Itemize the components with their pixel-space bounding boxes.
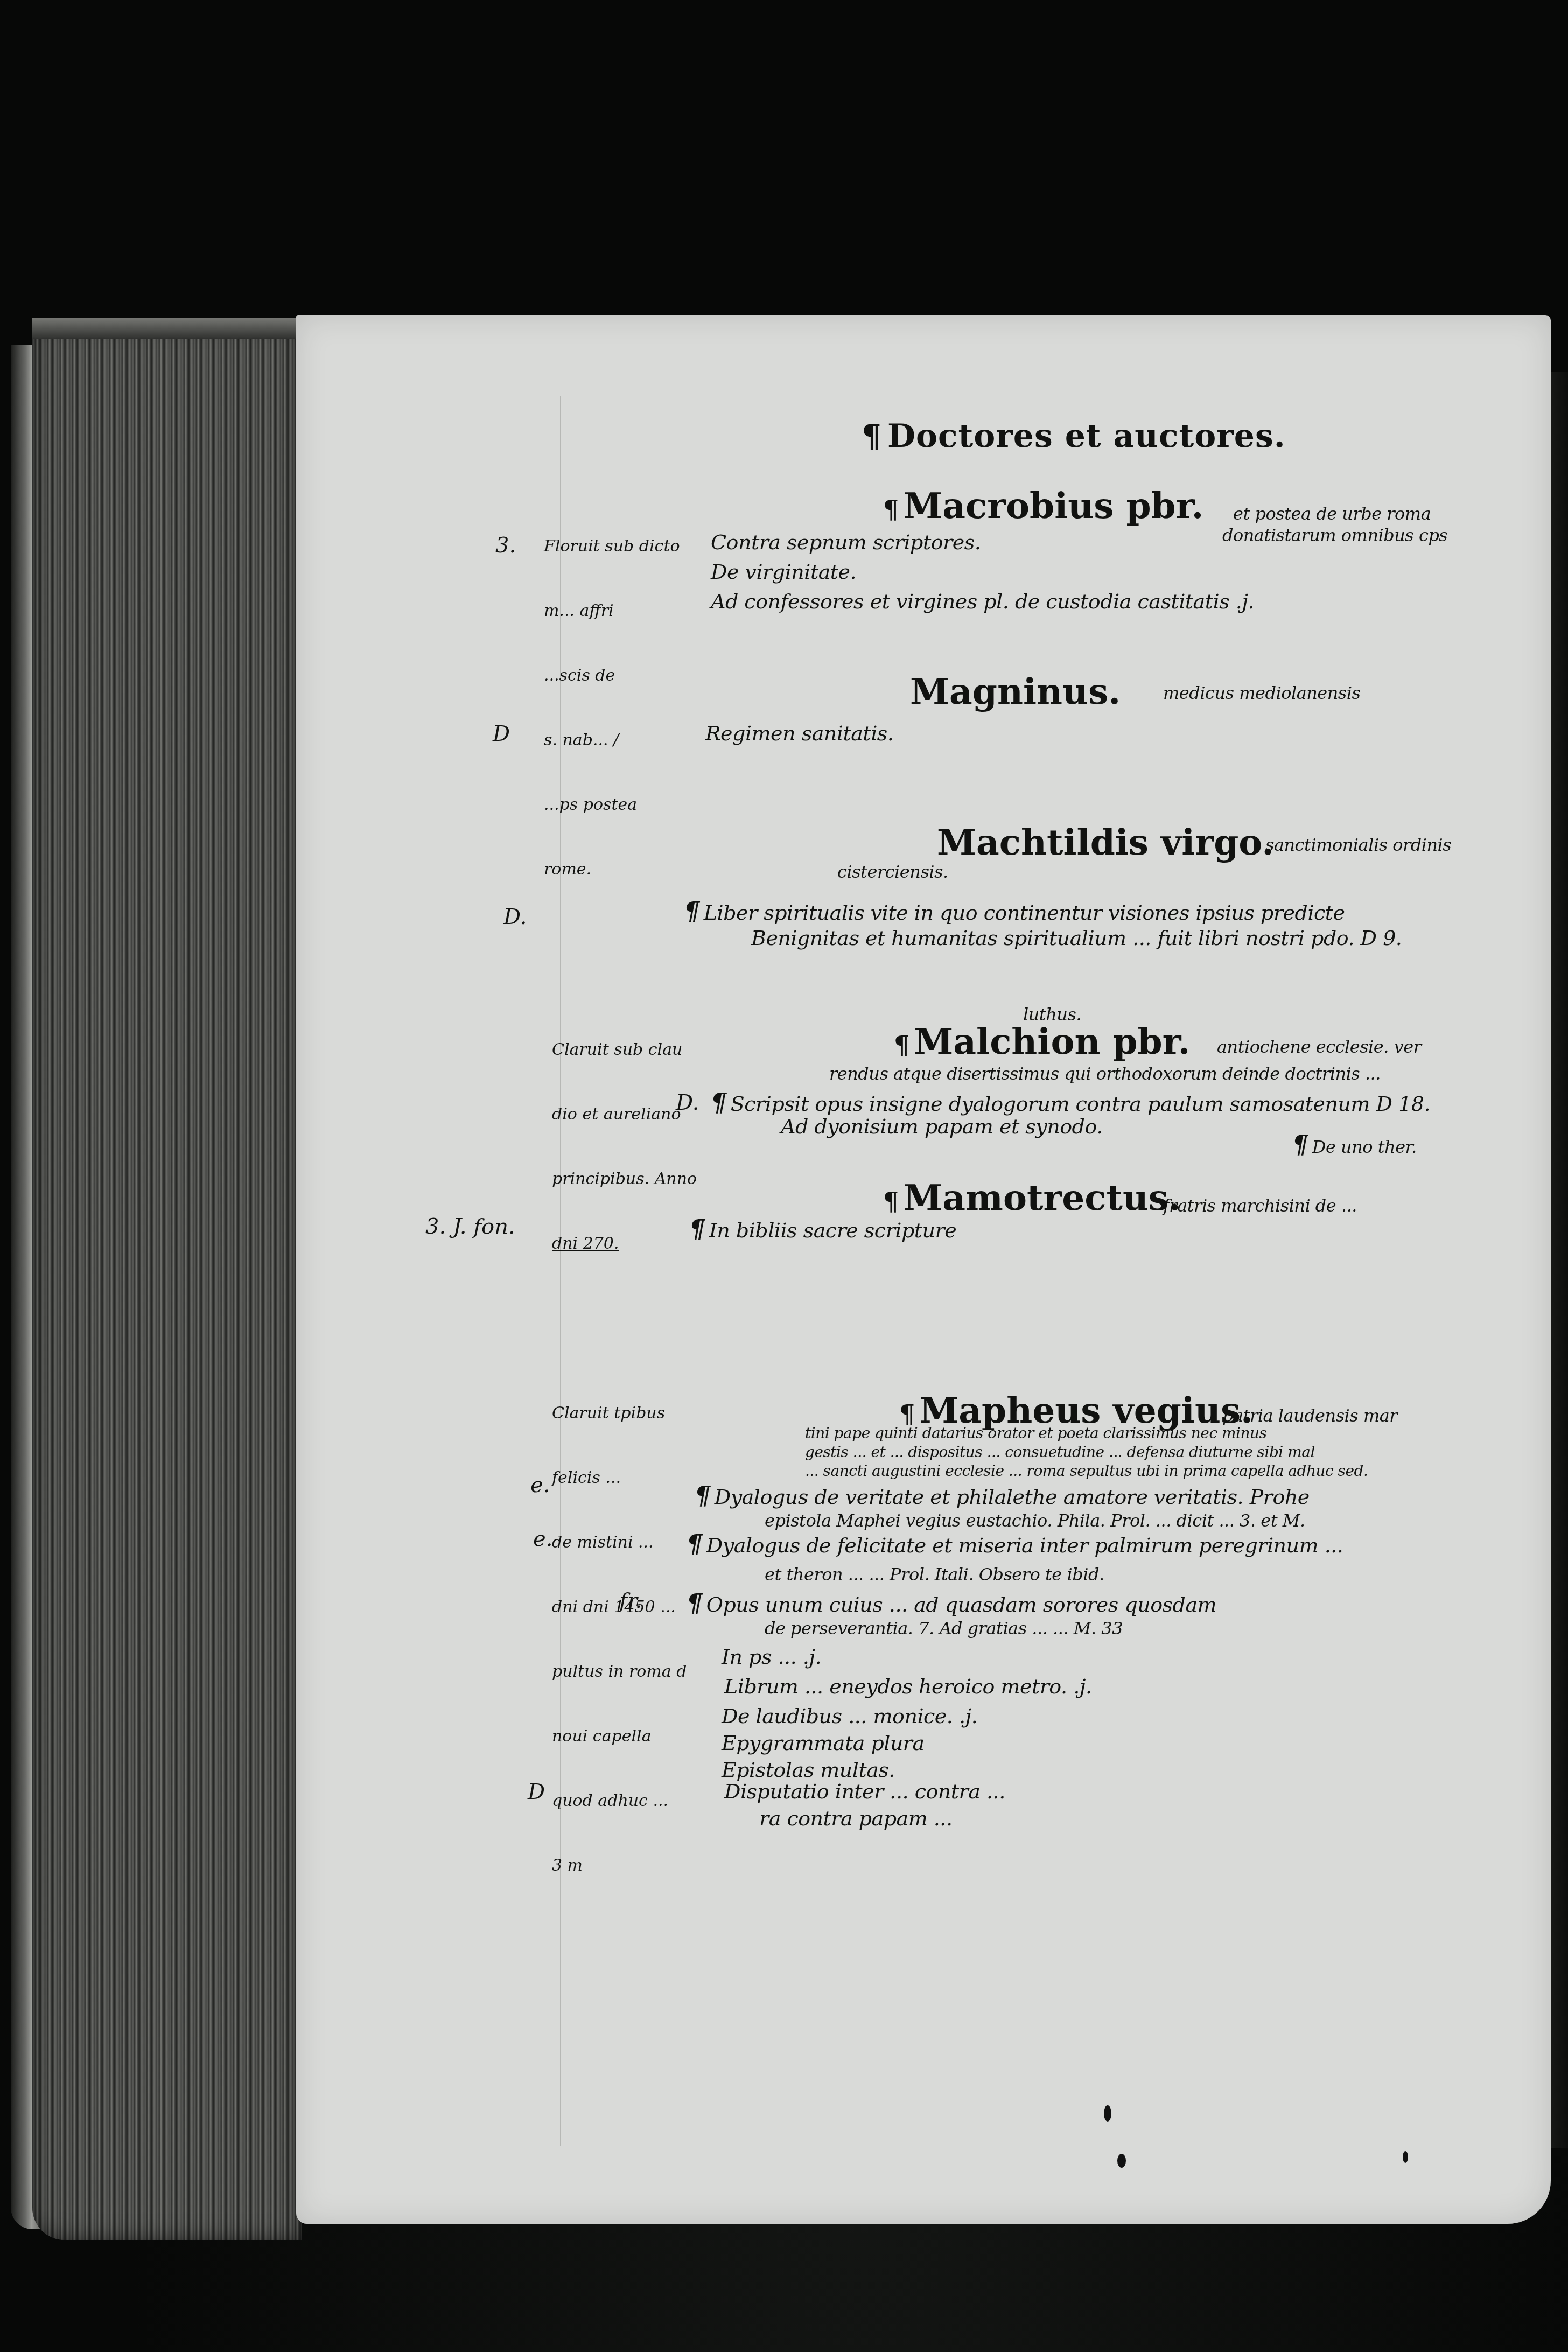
heading-note: ... sancti augustini ecclesie ... roma s… — [805, 1462, 1368, 1480]
margin-note-line: dio et aureliano — [552, 1104, 697, 1125]
margin-note-line: noui capella — [552, 1726, 687, 1747]
heading-note: fratris marchisini de ... — [1163, 1195, 1357, 1216]
ruled-margin-line — [361, 396, 361, 2146]
margin-note: Floruit sub dicto m... affri ...scis de … — [544, 493, 680, 902]
margin-note-line: de mistini ... — [552, 1532, 687, 1553]
heading-note: sanctimonialis ordinis — [1265, 835, 1451, 855]
running-title: ¶Doctores et auctores. — [862, 417, 1286, 455]
margin-note: Claruit tpibus felicis ... de mistini ..… — [552, 1360, 687, 1898]
entry-heading: ¶Malchion pbr. — [894, 1020, 1190, 1062]
work-title: ¶Opus unum cuius ... ad quasdam sorores … — [687, 1588, 1216, 1618]
work-title-text: Dyalogus de veritate et philalethe amato… — [715, 1485, 1310, 1509]
running-title-text: Doctores et auctores. — [887, 417, 1286, 455]
margin-siglum: e. — [533, 1527, 552, 1551]
margin-note-line: ...scis de — [544, 665, 680, 687]
margin-note-line: dni 270. — [552, 1233, 697, 1255]
ink-spot — [1403, 2151, 1408, 2163]
ink-spot — [1117, 2154, 1126, 2168]
paragraph-mark-icon: ¶ — [711, 1088, 726, 1117]
work-title: et theron ... ... Prol. Itali. Obsero te… — [765, 1564, 1104, 1585]
margin-note-line: principibus. Anno — [552, 1168, 697, 1190]
margin-note-line: m... affri — [544, 600, 680, 622]
work-title-text: Dyalogus de felicitate et miseria inter … — [706, 1534, 1343, 1557]
heading-note: tini pape quinti datarius orator et poet… — [805, 1424, 1266, 1442]
paragraph-mark-icon: ¶ — [862, 418, 882, 454]
work-title: epistola Maphei vegius eustachio. Phila.… — [765, 1510, 1305, 1531]
paragraph-mark-icon: ¶ — [695, 1481, 710, 1510]
work-title-text: In bibliis sacre scripture — [709, 1219, 956, 1242]
paragraph-mark-icon: ¶ — [894, 1031, 909, 1060]
work-title: De laudibus ... monice. .j. — [722, 1704, 977, 1728]
heading-note: donatistarum omnibus cps — [1222, 525, 1447, 545]
work-title: Benignitas et humanitas spiritualium ...… — [751, 926, 1402, 950]
margin-note-line: ...ps postea — [544, 794, 680, 816]
paragraph-mark-icon: ¶ — [689, 1214, 705, 1243]
entry-heading: ¶Macrobius pbr. — [883, 485, 1203, 527]
margin-siglum: D. — [676, 1090, 699, 1115]
work-title: Ad dyonisium papam et synodo. — [781, 1115, 1103, 1138]
entry-heading: Machtildis virgo. — [937, 821, 1274, 863]
margin-note: Claruit sub clau dio et aureliano princi… — [552, 996, 697, 1276]
margin-note-line: 3 m — [552, 1855, 687, 1877]
heading-note: rendus atque disertissimus qui orthodoxo… — [829, 1063, 1381, 1084]
work-title: Disputatio inter ... contra ... — [724, 1780, 1005, 1803]
work-title: ra contra papam ... — [759, 1807, 953, 1830]
margin-siglum: D. — [503, 905, 527, 929]
entry-heading: ¶Mamotrectus. — [883, 1177, 1181, 1219]
entry-heading-text: Macrobius pbr. — [903, 485, 1203, 527]
book-page-stack — [32, 323, 302, 2240]
paragraph-mark-icon: ¶ — [687, 1588, 702, 1618]
work-title: Contra sepnum scriptores. — [711, 530, 981, 554]
work-title-text: Opus unum cuius ... ad quasdam sorores q… — [706, 1593, 1216, 1616]
heading-note: cisterciensis. — [837, 862, 948, 882]
entry-heading-text: Malchion pbr. — [914, 1020, 1190, 1062]
margin-note-line: quod adhuc ... — [552, 1790, 687, 1812]
entry-heading: Magninus. — [910, 670, 1121, 712]
book-top-edge — [32, 318, 312, 339]
work-title: de perseverantia. 7. Ad gratias ... ... … — [765, 1618, 1123, 1639]
work-title: In ps ... .j. — [722, 1645, 821, 1669]
margin-siglum: e. — [530, 1473, 550, 1497]
work-title: Epygrammata plura — [722, 1731, 925, 1755]
ink-spot — [1104, 2105, 1111, 2122]
work-title: ¶Dyalogus de felicitate et miseria inter… — [687, 1529, 1343, 1558]
margin-siglum: D — [493, 722, 510, 746]
heading-note: antiochene ecclesie. ver — [1217, 1037, 1421, 1057]
work-title-text: Liber spiritualis vite in quo continentu… — [704, 901, 1345, 925]
paragraph-mark-icon: ¶ — [883, 1187, 899, 1216]
margin-note-line: pultus in roma d — [552, 1661, 687, 1683]
work-title: ¶In bibliis sacre scripture — [689, 1214, 956, 1243]
cross-reference: ¶De uno ther. — [1292, 1130, 1417, 1159]
margin-note-line: Floruit sub dicto — [544, 536, 680, 557]
entry-heading-text: Mamotrectus. — [903, 1177, 1181, 1219]
margin-note-line: Claruit sub clau — [552, 1039, 697, 1061]
work-title: Epistolas multas. — [722, 1758, 895, 1782]
margin-siglum: D — [528, 1780, 545, 1804]
margin-note-line: s. nab... / — [544, 730, 680, 751]
margin-note-line: Claruit tpibus — [552, 1403, 687, 1424]
cross-reference-text: De uno ther. — [1312, 1137, 1417, 1157]
heading-note: et postea de urbe roma — [1233, 503, 1431, 524]
heading-note: patria laudensis mar — [1222, 1405, 1397, 1426]
margin-siglum: fr. — [619, 1588, 642, 1613]
paragraph-mark-icon: ¶ — [883, 495, 899, 524]
work-title: ¶Liber spiritualis vite in quo continent… — [684, 897, 1345, 926]
heading-note: gestis ... et ... dispositus ... consuet… — [805, 1443, 1315, 1461]
work-title: Ad confessores et virgines pl. de custod… — [711, 590, 1254, 613]
work-title: ¶Dyalogus de veritate et philalethe amat… — [695, 1481, 1310, 1510]
work-title: ¶Scripsit opus insigne dyalogorum contra… — [711, 1088, 1430, 1117]
margin-note-line: rome. — [544, 859, 680, 880]
margin-note-line: felicis ... — [552, 1467, 687, 1489]
work-title: De virginitate. — [711, 560, 856, 584]
margin-siglum: 3. J. fon. — [425, 1214, 515, 1239]
heading-note: medicus mediolanensis — [1163, 683, 1360, 703]
work-title: Regimen sanitatis. — [705, 722, 893, 745]
work-title: Librum ... eneydos heroico metro. .j. — [724, 1675, 1092, 1698]
paragraph-mark-icon: ¶ — [1292, 1130, 1308, 1159]
margin-siglum: 3. — [495, 533, 516, 558]
work-title-text: Scripsit opus insigne dyalogorum contra … — [731, 1092, 1430, 1116]
paragraph-mark-icon: ¶ — [687, 1529, 702, 1558]
paragraph-mark-icon: ¶ — [684, 897, 699, 926]
